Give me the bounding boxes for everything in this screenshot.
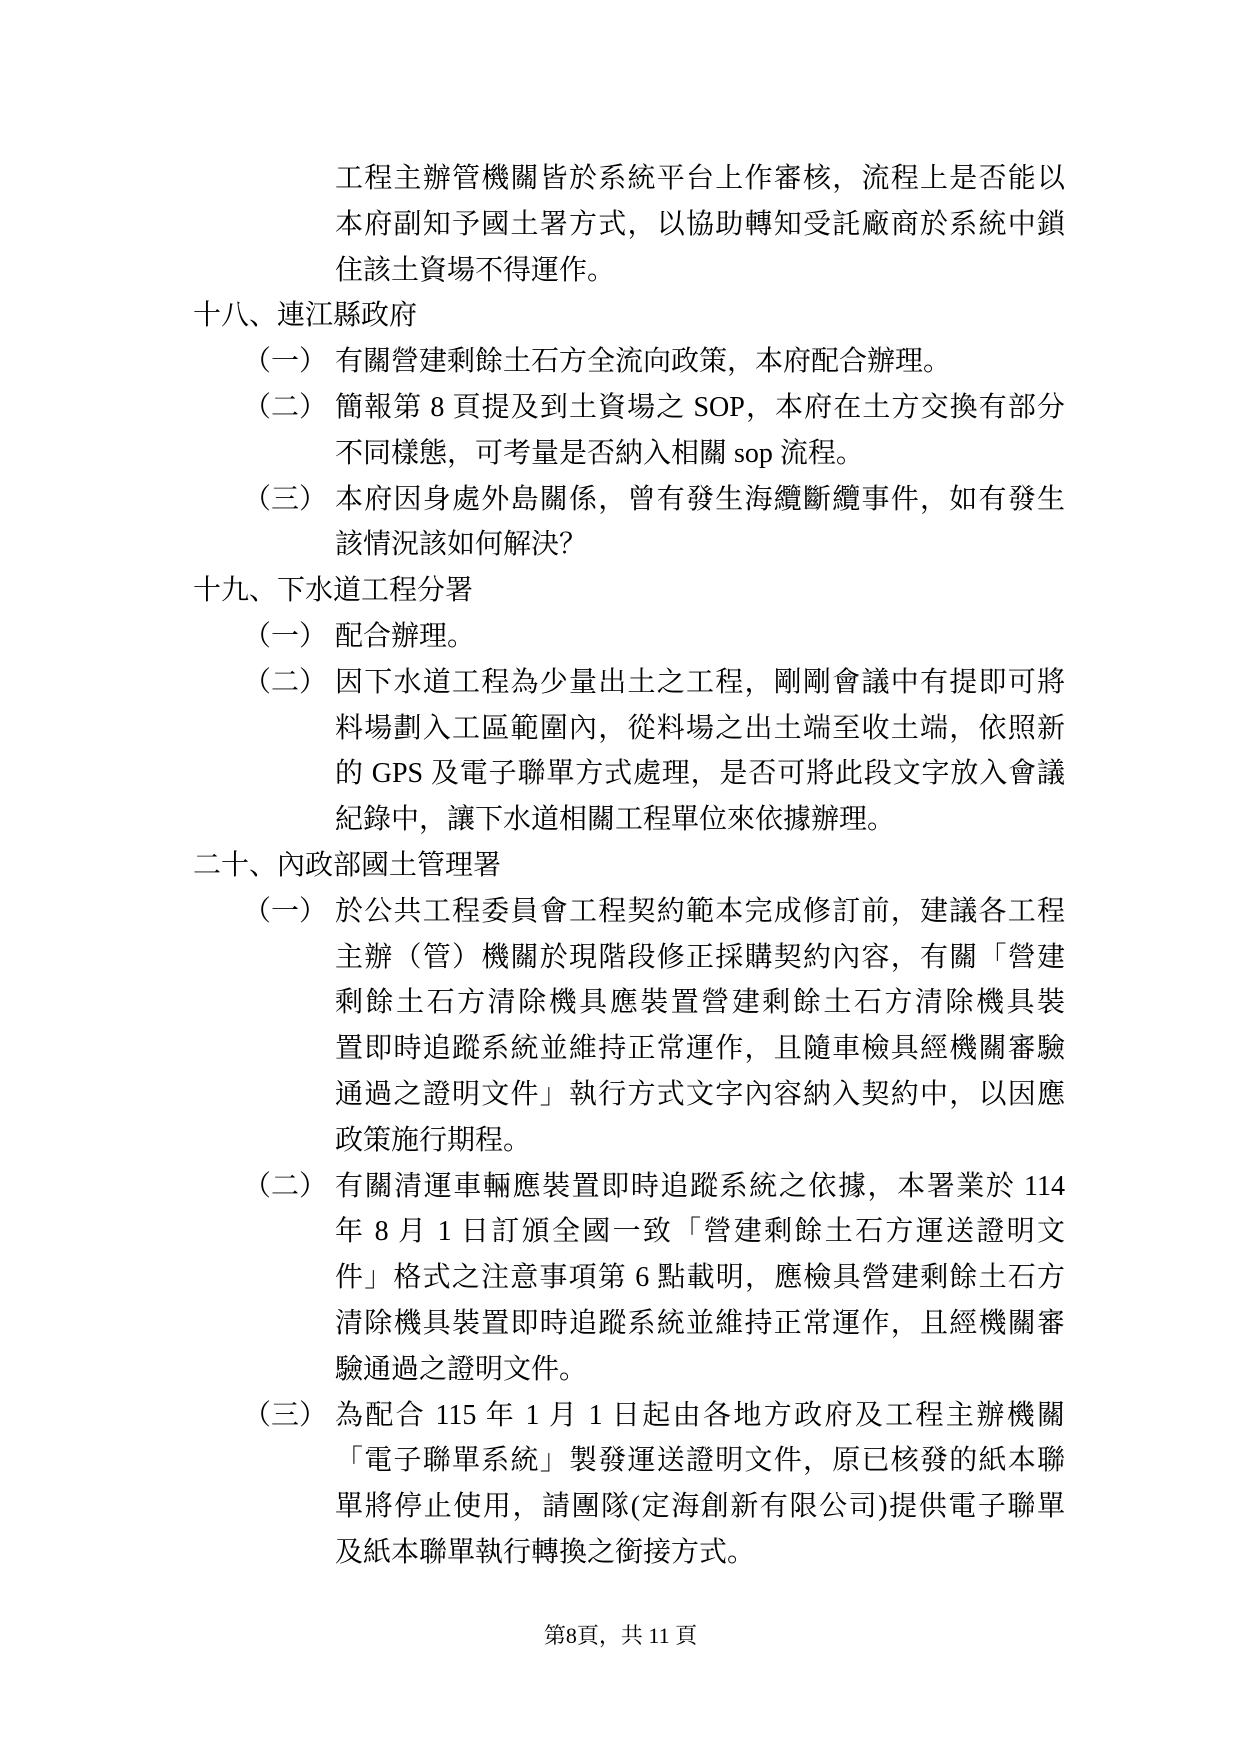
text-line: 紀錄中，讓下水道相關工程單位來依據辦理。	[335, 797, 1065, 843]
text-line: 單將停止使用，請團隊(定海創新有限公司)提供電子聯單	[335, 1484, 1065, 1530]
item-number: （三）	[243, 1393, 335, 1439]
section-heading: 十九、下水道工程分署	[193, 568, 1241, 614]
item-number: （二）	[243, 660, 335, 706]
text-line: 政策施行期程。	[335, 1118, 1065, 1164]
text-line: 簡報第 8 頁提及到土資場之 SOP，本府在土方交換有部分	[335, 385, 1065, 431]
item-number: （三）	[243, 477, 335, 523]
text-line: 剩餘土石方清除機具應裝置營建剩餘土石方清除機具裝	[335, 980, 1065, 1026]
text-line: 住該土資場不得運作。	[335, 248, 1065, 294]
text-line: 因下水道工程為少量出土之工程，剛剛會議中有提即可將	[335, 660, 1065, 706]
text-line: 料場劃入工區範圍內，從料場之出土端至收土端，依照新	[335, 706, 1065, 752]
text-line: 驗通過之證明文件。	[335, 1347, 1065, 1393]
item-number	[243, 156, 335, 202]
text-line: 本府因身處外島關係，曾有發生海纜斷纜事件，如有發生	[335, 477, 1065, 523]
text-line: 工程主辦管機關皆於系統平台上作審核，流程上是否能以	[335, 156, 1065, 202]
item-number: （一）	[243, 339, 335, 385]
item-number: （二）	[243, 385, 335, 431]
list-item: （二）有關清運車輛應裝置即時追蹤系統之依據，本署業於 114年 8 月 1 日訂…	[243, 1164, 1241, 1393]
text-line: 有關清運車輛應裝置即時追蹤系統之依據，本署業於 114	[335, 1164, 1065, 1210]
text-line: 「電子聯單系統」製發運送證明文件，原已核發的紙本聯	[335, 1438, 1065, 1484]
list-item: （一）於公共工程委員會工程契約範本完成修訂前，建議各工程主辦（管）機關於現階段修…	[243, 889, 1241, 1164]
list-item: （二）簡報第 8 頁提及到土資場之 SOP，本府在土方交換有部分不同樣態，可考量…	[243, 385, 1241, 477]
text-line: 件」格式之注意事項第 6 點載明，應檢具營建剩餘土石方	[335, 1255, 1065, 1301]
item-number: （二）	[243, 1164, 335, 1210]
text-line: 及紙本聯單執行轉換之銜接方式。	[335, 1530, 1065, 1576]
list-item: （二）因下水道工程為少量出土之工程，剛剛會議中有提即可將料場劃入工區範圍內，從料…	[243, 660, 1241, 843]
text-line: 為配合 115 年 1 月 1 日起由各地方政府及工程主辦機關	[335, 1393, 1065, 1439]
list-item: （三）本府因身處外島關係，曾有發生海纜斷纜事件，如有發生該情況該如何解決？	[243, 477, 1241, 569]
text-line: 的 GPS 及電子聯單方式處理，是否可將此段文字放入會議	[335, 751, 1065, 797]
continued-paragraph: 工程主辦管機關皆於系統平台上作審核，流程上是否能以本府副知予國土署方式，以協助轉…	[243, 156, 1241, 293]
section-heading: 二十、內政部國土管理署	[193, 843, 1241, 889]
text-line: 有關營建剩餘土石方全流向政策，本府配合辦理。	[335, 339, 1065, 385]
text-line: 本府副知予國土署方式，以協助轉知受託廠商於系統中鎖	[335, 202, 1065, 248]
list-item: （三）為配合 115 年 1 月 1 日起由各地方政府及工程主辦機關「電子聯單系…	[243, 1393, 1241, 1576]
text-line: 配合辦理。	[335, 614, 1065, 660]
text-line: 通過之證明文件」執行方式文字內容納入契約中，以因應	[335, 1072, 1065, 1118]
text-line: 不同樣態，可考量是否納入相關 sop 流程。	[335, 431, 1065, 477]
list-item: （一）配合辦理。	[243, 614, 1241, 660]
text-line: 清除機具裝置即時追蹤系統並維持正常運作，且經機關審	[335, 1301, 1065, 1347]
document-page: 工程主辦管機關皆於系統平台上作審核，流程上是否能以本府副知予國土署方式，以協助轉…	[0, 0, 1241, 1755]
text-line: 年 8 月 1 日訂頒全國一致「營建剩餘土石方運送證明文	[335, 1209, 1065, 1255]
text-line: 主辦（管）機關於現階段修正採購契約內容，有關「營建	[335, 935, 1065, 981]
page-number-footer: 第8頁，共 11 頁	[0, 1620, 1241, 1652]
item-number: （一）	[243, 889, 335, 935]
section-heading: 十八、連江縣政府	[193, 293, 1241, 339]
document-body: 工程主辦管機關皆於系統平台上作審核，流程上是否能以本府副知予國土署方式，以協助轉…	[0, 156, 1241, 1576]
text-line: 置即時追蹤系統並維持正常運作，且隨車檢具經機關審驗	[335, 1026, 1065, 1072]
item-number: （一）	[243, 614, 335, 660]
list-item: （一）有關營建剩餘土石方全流向政策，本府配合辦理。	[243, 339, 1241, 385]
text-line: 該情況該如何解決？	[335, 522, 1065, 568]
text-line: 於公共工程委員會工程契約範本完成修訂前，建議各工程	[335, 889, 1065, 935]
